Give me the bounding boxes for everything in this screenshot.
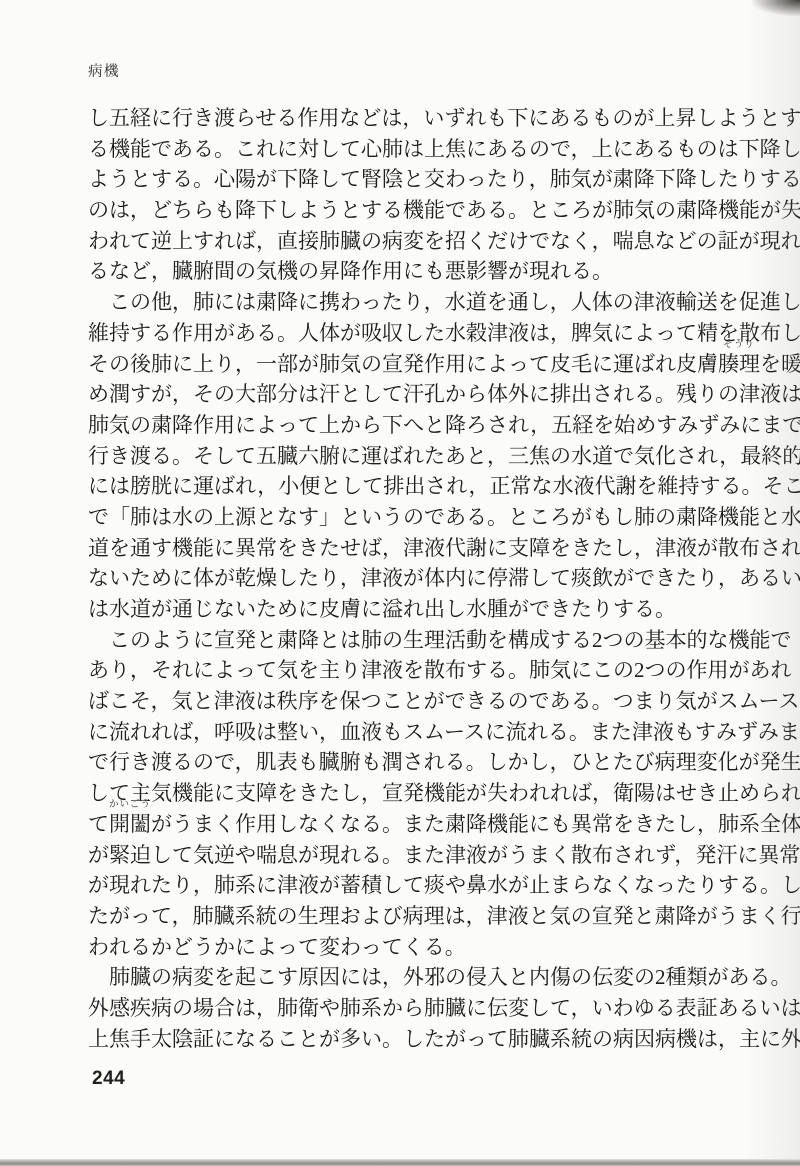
text-line: には膀胱に運ばれ，小便として排出され，正常な水液代謝を維持する。そこ [88,471,732,502]
body-text: し五経に行き渡らせる作用などは，いずれも下にあるものが上昇しようとす る機能であ… [88,103,732,1054]
text-line: 道を通す機能に異常をきたせば，津液代謝に支障をきたし，津液が散布され [88,533,732,564]
text-line: が現れたり，肺系に津液が蓄積して痰や鼻水が止まらなくなったりする。し [88,870,732,901]
ruby-annotation: そうり腠理 [718,349,760,380]
page-number: 244 [92,1068,125,1090]
furigana: そうり [723,341,755,351]
book-page: 病機 し五経に行き渡らせる作用などは，いずれも下にあるものが上昇しようとす る機… [0,0,800,1166]
text-line: この他，肺には粛降に携わったり，水道を通し，人体の津液輸送を促進し [88,287,732,318]
running-header: 病機 [88,60,120,81]
text-line: ばこそ，気と津液は秩序を保つことができるのである。つまり気がスムース [88,686,732,717]
text-line: あり，それによって気を主り津液を散布する。肺気にこの2つの作用があれ [88,655,732,686]
ruby-annotation: かいごう開闔 [109,809,151,840]
text-line: で行き渡るので，肌表も臓腑も潤される。しかし，ひとたび病理変化が発生 [88,747,732,778]
text-line: 行き渡る。そして五臓六腑に運ばれたあと，三焦の水道で気化され，最終的 [88,441,732,472]
text-line: ないために体が乾燥したり，津液が体内に停滞して痰飲ができたり，あるい [88,563,732,594]
text-line: われて逆上すれば，直接肺臓の病変を招くだけでなく，喘息などの証が現れ [88,226,732,257]
text-line: 上焦手太陰証になることが多い。したがって肺臓系統の病因病機は，主に外 [88,1024,732,1055]
furigana: かいごう [109,801,151,811]
ruby-base: 腠理 [718,352,760,376]
text-line: このように宣発と粛降とは肺の生理活動を構成する2つの基本的な機能で [88,625,732,656]
text-line: し五経に行き渡らせる作用などは，いずれも下にあるものが上昇しようとす [88,103,732,134]
scan-corner-artifact [752,0,800,16]
text-line: るなど，臓腑間の気機の昇降作用にも悪影響が現れる。 [88,256,732,287]
text-line: め潤すが，その大部分は汗として汗孔から体外に排出される。残りの津液は [88,379,732,410]
text-line: 肺気の粛降作用によって上から下へと降ろされ，五経を始めすみずみにまで [88,410,732,441]
text-line: が緊迫して気逆や喘息が現れる。また津液がうまく散布されず，発汗に異常 [88,840,732,871]
scan-bottom-edge [0,1159,800,1166]
text-segment: を暖 [760,352,800,376]
text-line: たがって，肺臓系統の生理および病理は，津液と気の宣発と粛降がうまく行 [88,901,732,932]
text-line: で「肺は水の上源となす」というのである。ところがもし肺の粛降機能と水 [88,502,732,533]
text-line: 維持する作用がある。人体が吸収した水穀津液は，脾気によって精を散布し， [88,318,732,349]
text-line: る機能である。これに対して心肺は上焦にあるので，上にあるものは下降し [88,134,732,165]
text-line: 外感疾病の場合は，肺衛や肺系から肺臓に伝変して，いわゆる表証あるいは [88,993,732,1024]
text-segment: その後肺に上り，一部が肺気の宣発作用によって皮毛に運ばれ皮膚 [88,352,718,376]
text-segment: がうまく作用しなくなる。また粛降機能にも異常をきたし，肺系全体 [151,812,800,836]
text-line: 肺臓の病変を起こす原因には，外邪の侵入と内傷の伝変の2種類がある。 [88,962,732,993]
text-line: われるかどうかによって変わってくる。 [88,932,732,963]
text-segment: て [88,812,109,836]
text-line: ようとする。心陽が下降して腎陰と交わったり，肺気が粛降下降したりする [88,164,732,195]
ruby-base: 開闔 [109,812,151,836]
text-line: は水道が通じないために皮膚に溢れ出し水腫ができたりする。 [88,594,732,625]
text-line: して主気機能に支障をきたし，宣発機能が失われれば，衛陽はせき止められ [88,778,732,809]
text-line: その後肺に上り，一部が肺気の宣発作用によって皮毛に運ばれ皮膚そうり腠理を暖 [88,349,732,380]
text-line: のは，どちらも降下しようとする機能である。ところが肺気の粛降機能が失 [88,195,732,226]
text-line: に流れれば，呼吸は整い，血液もスムースに流れる。また津液もすみずみま [88,717,732,748]
text-line: てかいごう開闔がうまく作用しなくなる。また粛降機能にも異常をきたし，肺系全体 [88,809,732,840]
